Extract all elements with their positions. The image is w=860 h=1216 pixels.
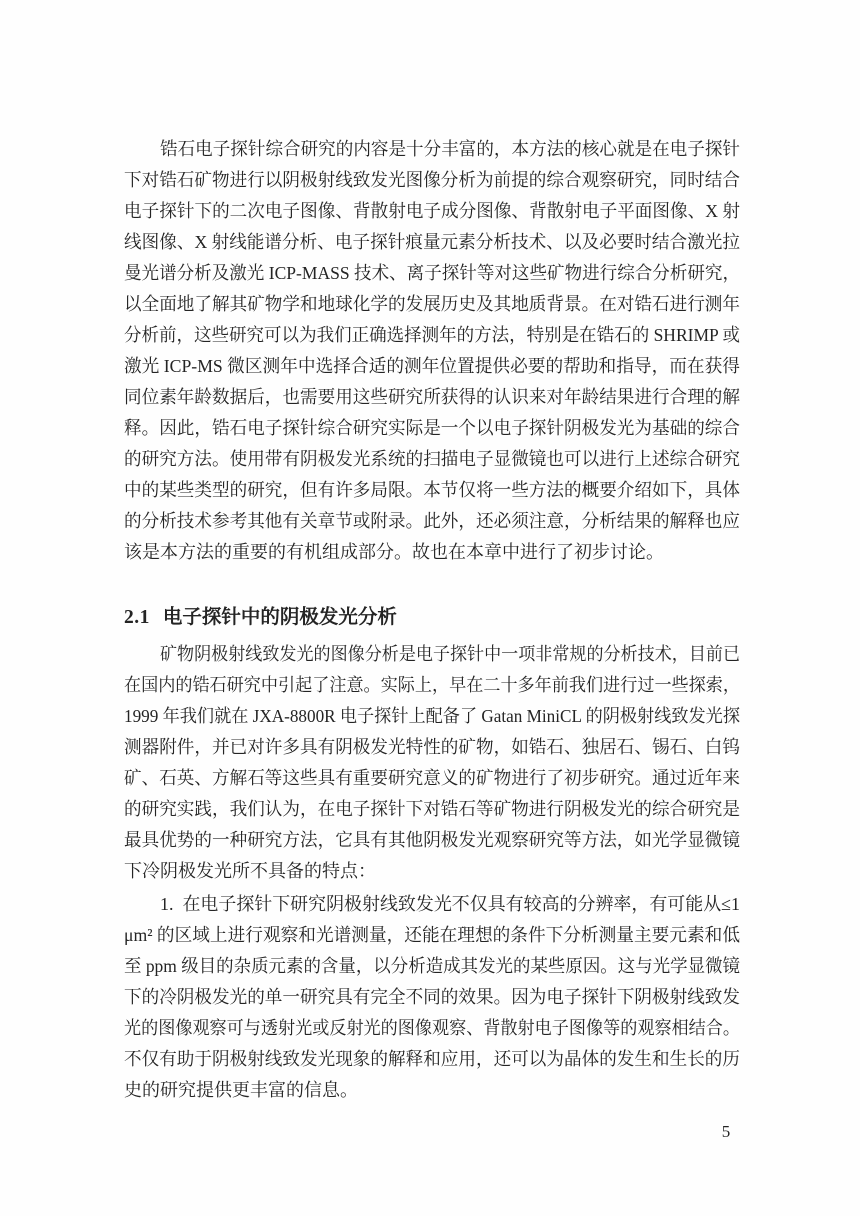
text-line: 史的研究提供更丰富的信息。 [124, 1075, 740, 1106]
text-line: 至 ppm 级目的杂质元素的含量，以分析造成其发光的某些原因。这与光学显微镜 [124, 951, 740, 982]
intro-paragraph: 锆石电子探针综合研究的内容是十分丰富的，本方法的核心就是在电子探针 下对锆石矿物… [124, 134, 740, 568]
text-line: 1. 在电子探针下研究阴极射线致发光不仅具有较高的分辨率，有可能从≤1 [124, 889, 740, 920]
section-number: 2.1 [124, 607, 150, 628]
text-line: 锆石电子探针综合研究的内容是十分丰富的，本方法的核心就是在电子探针 [124, 134, 740, 165]
text-line: 下的冷阴极发光的单一研究具有完全不同的效果。因为电子探针下阴极射线致发 [124, 982, 740, 1013]
text-line: 中的某些类型的研究，但有许多局限。本节仅将一些方法的概要介绍如下，具体 [124, 475, 740, 506]
text-line: 光的图像观察可与透射光或反射光的图像观察、背散射电子图像等的观察相结合。 [124, 1013, 740, 1044]
text-line: 在国内的锆石研究中引起了注意。实际上，早在二十多年前我们进行过一些探索， [124, 670, 740, 701]
text-line: 的研究实践，我们认为，在电子探针下对锆石等矿物进行阴极发光的综合研究是 [124, 794, 740, 825]
text-line: 释。因此，锆石电子探针综合研究实际是一个以电子探针阴极发光为基础的综合 [124, 413, 740, 444]
text-line: 矿物阴极射线致发光的图像分析是电子探针中一项非常规的分析技术，目前已 [124, 639, 740, 670]
numbered-list-item-1: 1. 在电子探针下研究阴极射线致发光不仅具有较高的分辨率，有可能从≤1 μm² … [124, 889, 740, 1106]
text-block: 锆石电子探针综合研究的内容是十分丰富的，本方法的核心就是在电子探针 下对锆石矿物… [124, 134, 740, 1106]
text-line: 最具优势的一种研究方法，它具有其他阴极发光观察研究等方法，如光学显微镜 [124, 825, 740, 856]
text-line: 以全面地了解其矿物学和地球化学的发展历史及其地质背景。在对锆石进行测年 [124, 289, 740, 320]
text-line: 线图像、X 射线能谱分析、电子探针痕量元素分析技术、以及必要时结合激光拉 [124, 227, 740, 258]
text-line: 的研究方法。使用带有阴极发光系统的扫描电子显微镜也可以进行上述综合研究 [124, 444, 740, 475]
section-2-1-heading: 2.1电子探针中的阴极发光分析 [124, 602, 740, 633]
text-line: 电子探针下的二次电子图像、背散射电子成分图像、背散射电子平面图像、X 射 [124, 196, 740, 227]
section-title: 电子探针中的阴极发光分析 [163, 607, 397, 628]
text-line: μm² 的区域上进行观察和光谱测量，还能在理想的条件下分析测量主要元素和低 [124, 920, 740, 951]
text-line: 1999 年我们就在 JXA-8800R 电子探针上配备了 Gatan Mini… [124, 701, 740, 732]
text-line: 该是本方法的重要的有机组成部分。故也在本章中进行了初步讨论。 [124, 537, 740, 568]
text-line: 的分析技术参考其他有关章节或附录。此外，还必须注意，分析结果的解释也应 [124, 506, 740, 537]
text-line: 同位素年龄数据后，也需要用这些研究所获得的认识来对年龄结果进行合理的解 [124, 382, 740, 413]
scanned-page: 锆石电子探针综合研究的内容是十分丰富的，本方法的核心就是在电子探针 下对锆石矿物… [0, 0, 860, 1216]
text-line: 矿、石英、方解石等这些具有重要研究意义的矿物进行了初步研究。通过近年来 [124, 763, 740, 794]
text-line: 下对锆石矿物进行以阴极射线致发光图像分析为前提的综合观察研究，同时结合 [124, 165, 740, 196]
page-number: 5 [712, 1121, 740, 1143]
text-line: 测器附件，并已对许多具有阴极发光特性的矿物，如锆石、独居石、锡石、白钨 [124, 732, 740, 763]
text-line: 不仅有助于阴极射线致发光现象的解释和应用，还可以为晶体的发生和生长的历 [124, 1044, 740, 1075]
text-line: 下冷阴极发光所不具备的特点： [124, 856, 740, 887]
text-line: 激光 ICP-MS 微区测年中选择合适的测年位置提供必要的帮助和指导，而在获得 [124, 351, 740, 382]
text-line: 曼光谱分析及激光 ICP-MASS 技术、离子探针等对这些矿物进行综合分析研究， [124, 258, 740, 289]
text-line: 分析前，这些研究可以为我们正确选择测年的方法，特别是在锆石的 SHRIMP 或 [124, 320, 740, 351]
section-2-1-paragraph: 矿物阴极射线致发光的图像分析是电子探针中一项非常规的分析技术，目前已 在国内的锆… [124, 639, 740, 887]
